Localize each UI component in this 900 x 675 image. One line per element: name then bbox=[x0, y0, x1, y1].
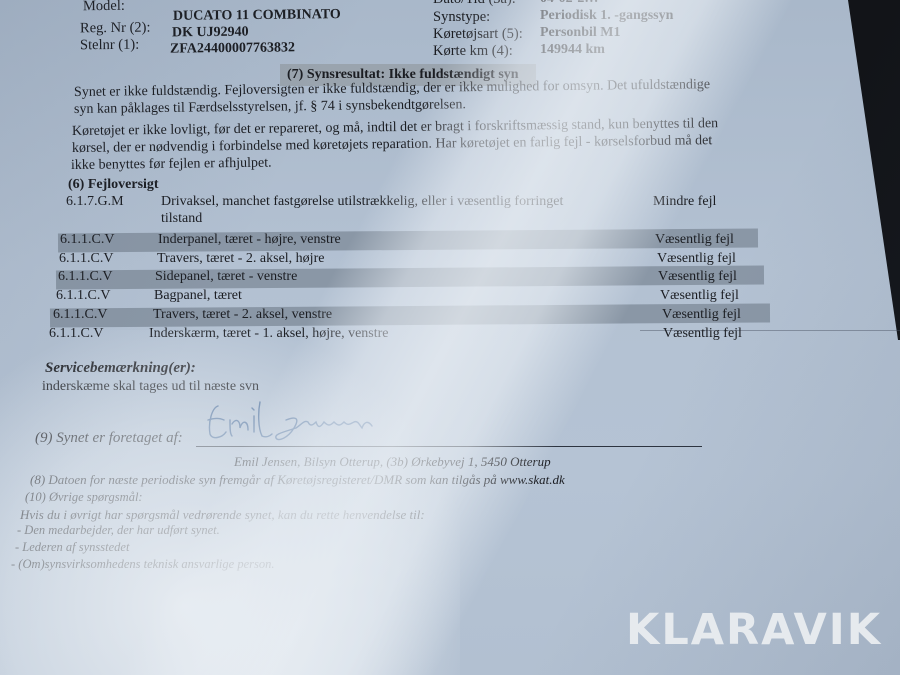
fault-code: 6.1.1.C.V bbox=[59, 251, 113, 267]
fault-description: Sidepanel, tæret - venstre bbox=[155, 269, 297, 285]
fault-code: 6.1.1.C.V bbox=[53, 307, 107, 323]
model-value: DUCATO 11 COMBINATO bbox=[173, 7, 341, 25]
fault-description: Drivaksel, manchet fastgørelse utilstræk… bbox=[161, 194, 563, 210]
fault-description: Inderskærm, tæret - 1. aksel, højre, ven… bbox=[149, 326, 389, 342]
koretojsart-value: Personbil M1 bbox=[540, 25, 621, 41]
synstype-label: Synstype: bbox=[433, 9, 490, 25]
fault-severity: Væsentlig fejl bbox=[660, 288, 739, 304]
inspector-details: Emil Jensen, Bilsyn Otterup, (3b) Ørkeby… bbox=[234, 454, 551, 470]
fault-description: Inderpanel, tæret - højre, venstre bbox=[158, 232, 341, 248]
faults-heading: (6) Fejloversigt bbox=[68, 177, 159, 193]
fault-code: 6.1.7.G.M bbox=[66, 194, 124, 210]
reg-label: Reg. Nr (2): bbox=[80, 20, 151, 37]
koretojsart-label: Køretøjsart (5): bbox=[433, 26, 523, 42]
fault-code: 6.1.1.C.V bbox=[56, 288, 110, 304]
questions-heading: (10) Øvrige spørgsmål: bbox=[25, 489, 143, 505]
fault-severity: Væsentlig fejl bbox=[657, 251, 736, 267]
reg-value: DK UJ92940 bbox=[172, 25, 249, 42]
stelnr-value: ZFA24400007763832 bbox=[170, 40, 295, 57]
result-para2-line3: ikke benyttes før fejlen er afhjulpet. bbox=[71, 156, 272, 174]
contact-1: - Den medarbejder, der har udført synet. bbox=[17, 522, 220, 538]
fault-code: 6.1.1.C.V bbox=[60, 232, 114, 248]
fault-severity: Mindre fejl bbox=[653, 194, 716, 210]
fault-code: 6.1.1.C.V bbox=[49, 326, 103, 342]
signature-line bbox=[196, 446, 702, 447]
contact-3: - (Om)synsvirksomhedens teknisk ansvarli… bbox=[11, 556, 274, 572]
service-note: inderskæme skal tages ud til næste svn bbox=[42, 379, 259, 395]
watermark-logo: KLARAVIK bbox=[626, 607, 882, 653]
fault-severity: Væsentlig fejl bbox=[655, 232, 734, 248]
fault-severity: Væsentlig fejl bbox=[662, 307, 741, 323]
kortekm-label: Kørte km (4): bbox=[433, 43, 513, 59]
fault-severity: Væsentlig fejl bbox=[658, 269, 737, 285]
dato-label: Dato/Tid (3a): bbox=[433, 0, 516, 7]
fault-description: Bagpanel, tæret bbox=[154, 288, 242, 304]
synstype-value: Periodisk 1. -gangssyn bbox=[540, 8, 673, 24]
model-label: Model: bbox=[83, 0, 125, 14]
questions-intro: Hvis du i øvrigt har spørgsmål vedrørend… bbox=[20, 507, 425, 523]
fault-code: 6.1.1.C.V bbox=[58, 269, 112, 285]
stelnr-label: Stelnr (1): bbox=[80, 37, 139, 54]
fault-description-cont: tilstand bbox=[161, 211, 202, 227]
kortekm-value: 149944 km bbox=[540, 42, 605, 58]
handwritten-signature bbox=[204, 398, 384, 444]
contact-2: - Lederen af synsstedet bbox=[15, 539, 129, 555]
dato-value: 04-02-2… bbox=[540, 0, 598, 7]
service-heading: Servicebemærkning(er): bbox=[45, 360, 196, 376]
signature-label: (9) Synet er foretaget af: bbox=[35, 430, 183, 446]
fault-description: Travers, tæret - 2. aksel, højre bbox=[157, 251, 324, 267]
next-inspection-note: (8) Datoen for næste periodiske syn frem… bbox=[30, 472, 565, 488]
fault-severity: Væsentlig fejl bbox=[663, 326, 742, 342]
fault-description: Travers, tæret - 2. aksel, venstre bbox=[153, 307, 332, 323]
